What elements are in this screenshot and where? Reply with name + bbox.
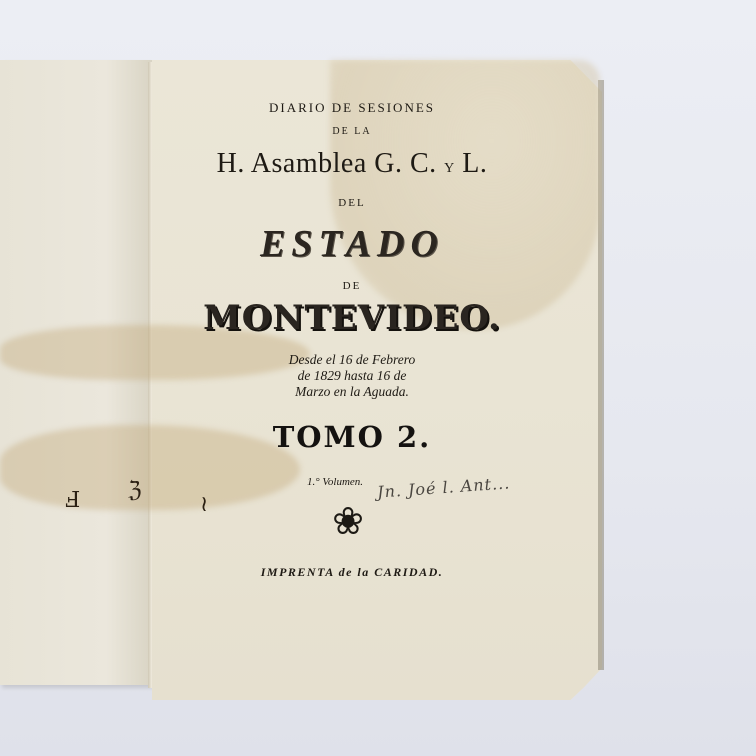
imprint-line: IMPRENTA de la CARIDAD. bbox=[152, 565, 552, 580]
ink-mark: ≀ bbox=[200, 492, 208, 517]
date-range-subtitle: Desde el 16 de Febrero de 1829 hasta 16 … bbox=[152, 352, 552, 400]
volume-title: TOMO 2. bbox=[152, 420, 552, 454]
ink-mark: Ⅎ bbox=[65, 488, 80, 513]
assembly-title: H. Asamblea G. C. Y L. bbox=[152, 148, 552, 180]
header-line: DEL bbox=[152, 197, 552, 209]
subtitle-line: de 1829 hasta 16 de bbox=[152, 368, 552, 384]
volume-note: 1.° Volumen. bbox=[307, 476, 363, 488]
assembly-title-main: H. Asamblea G. C. bbox=[217, 148, 437, 179]
subtitle-line: Desde el 16 de Febrero bbox=[152, 352, 552, 368]
subtitle-line: Marzo en la Aguada. bbox=[152, 384, 552, 400]
header-line: DIARIO DE SESIONES bbox=[152, 100, 552, 116]
header-line: DE LA bbox=[152, 126, 552, 137]
assembly-title-end: L. bbox=[462, 148, 487, 179]
estado-title: ESTADO bbox=[152, 222, 552, 266]
printer-ornament-icon: ❀ bbox=[322, 500, 374, 544]
header-line: DE bbox=[152, 280, 552, 292]
ink-mark: ℨ bbox=[128, 478, 142, 503]
montevideo-title: MONTEVIDEO. bbox=[152, 298, 552, 338]
assembly-title-conjunction: Y bbox=[444, 161, 455, 176]
